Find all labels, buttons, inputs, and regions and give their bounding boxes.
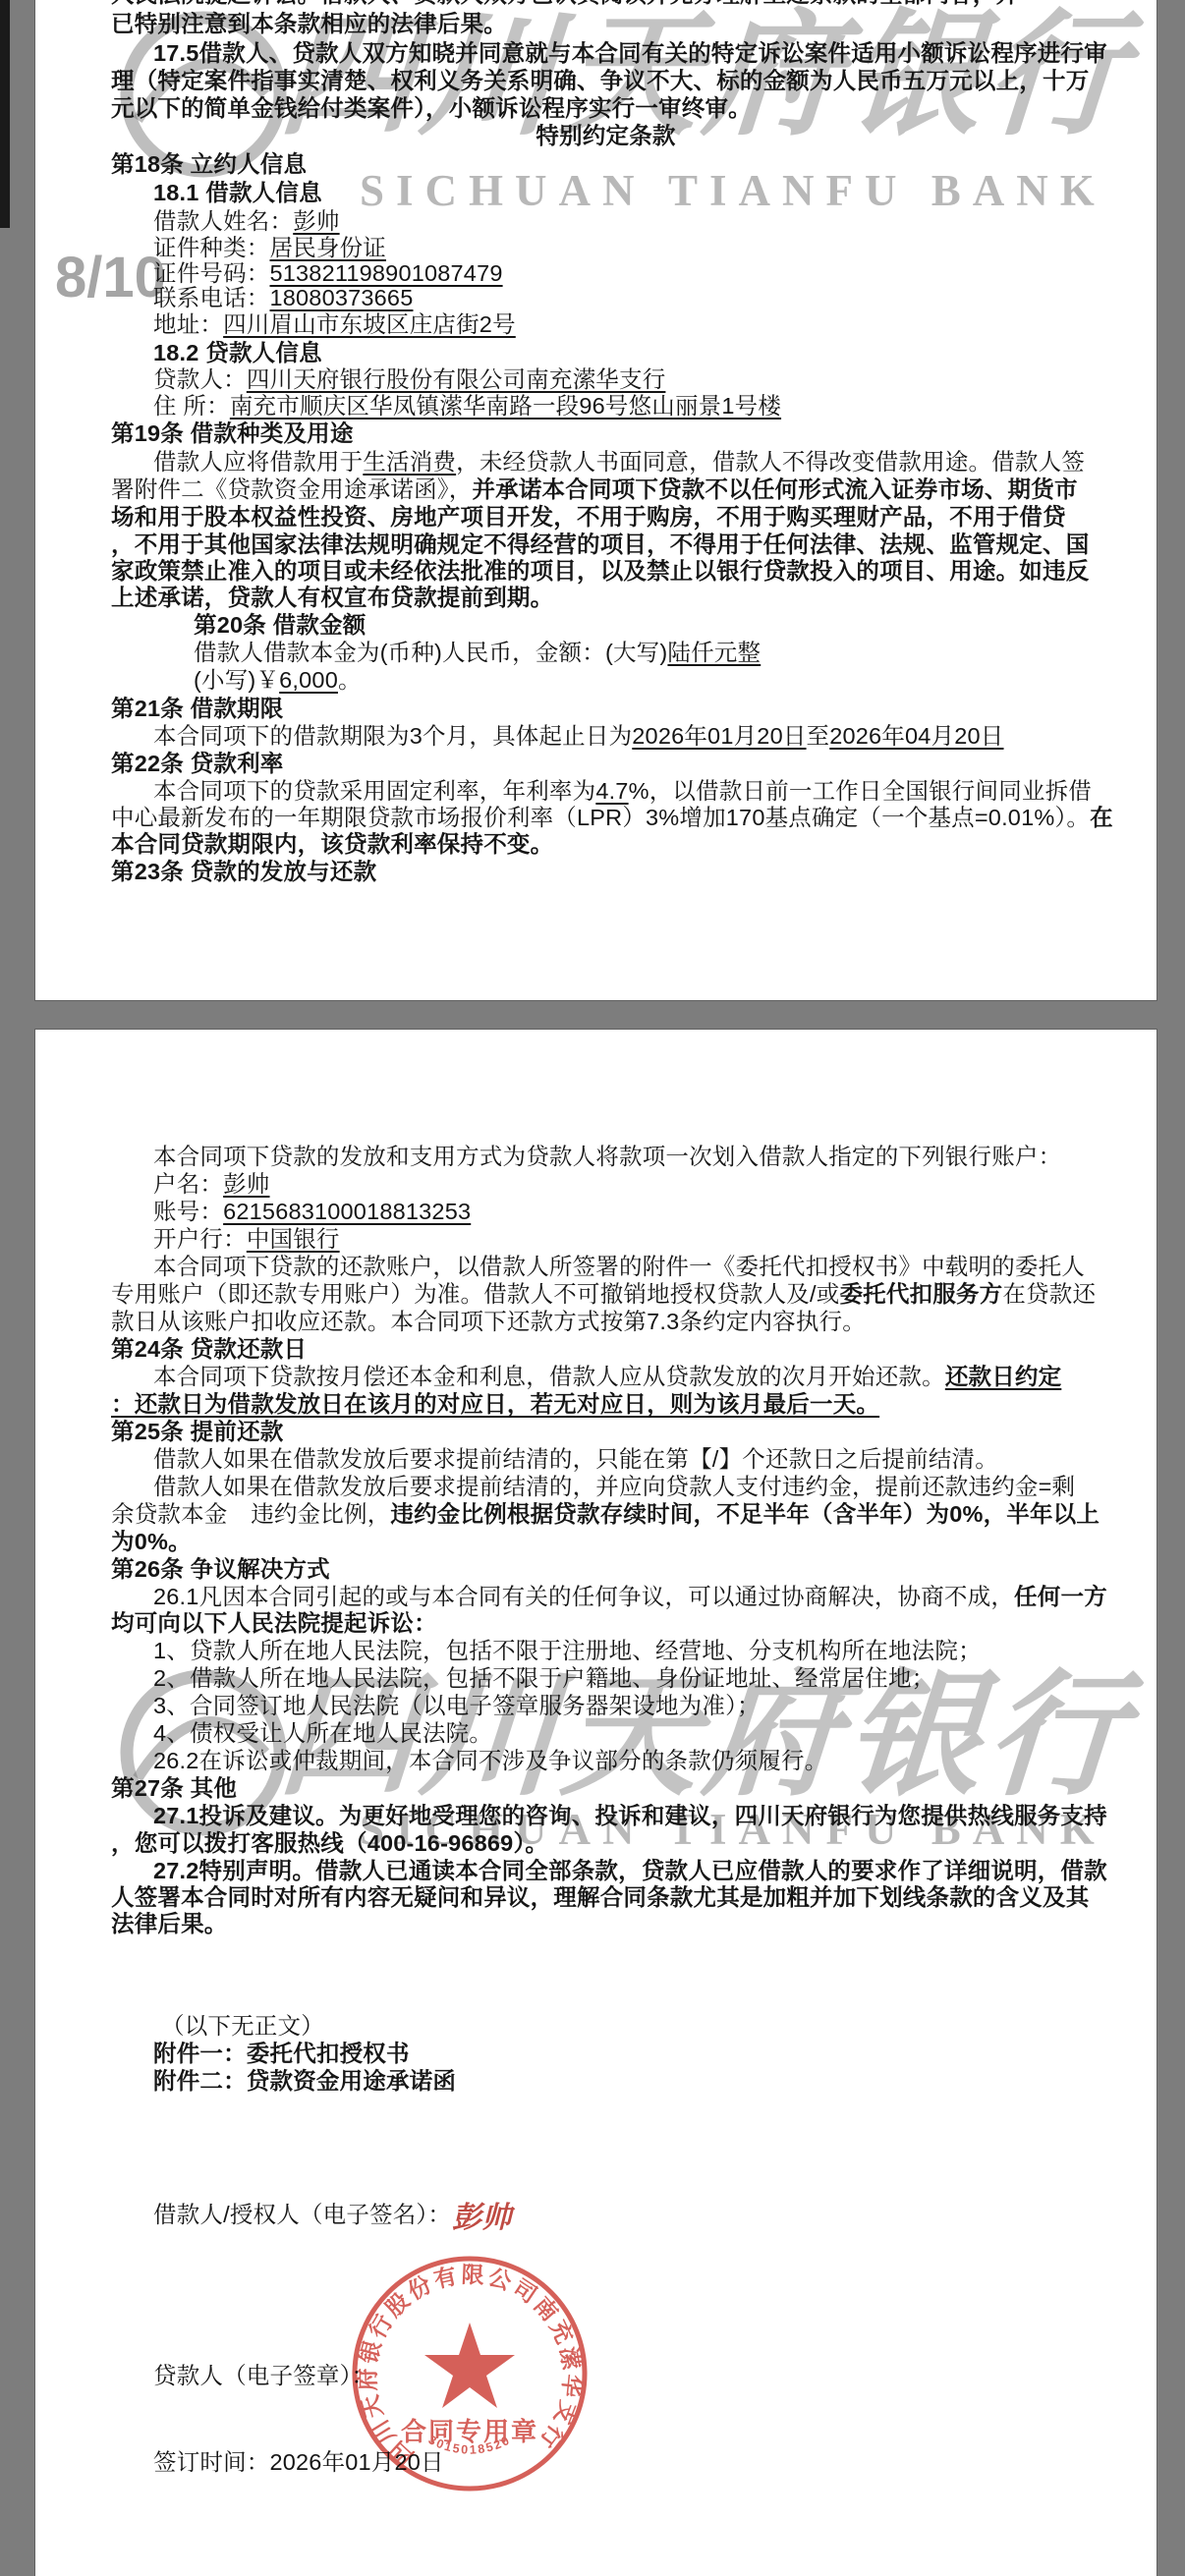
corner-bar — [0, 0, 10, 228]
text-line: 余贷款本金 违约金比例，违约金比例根据贷款存续时间，不足半年（含半年）为0%，半… — [111, 1500, 1100, 1528]
seal-star-icon — [424, 2323, 515, 2408]
clause-27-heading: 第27条 其他 — [111, 1774, 237, 1802]
borrower-sign-label: 借款人/授权人（电子签名）： — [153, 2201, 451, 2228]
account-holder-line: 户名：彭帅 — [153, 1170, 270, 1198]
text-line: 26.1凡因本合同引起的或与本合同有关的任何争议，可以通过协商解决，协商不成，任… — [153, 1583, 1107, 1610]
clause-25-heading: 第25条 提前还款 — [111, 1418, 283, 1445]
text-line: 已特别注意到本条款相应的法律后果。 — [111, 10, 507, 37]
phone-line: 联系电话：18080373665 — [153, 284, 413, 311]
text-line: 本合同项下贷款按月偿还本金和利息，借款人应从贷款发放的次月开始还款。还款日约定 — [153, 1363, 1061, 1390]
text-line: 上述承诺，贷款人有权宣布贷款提前到期。 — [111, 584, 553, 611]
text-line: 1、贷款人所在地人民法院，包括不限于注册地、经营地、分支机构所在地法院； — [153, 1637, 982, 1664]
text-line: 18.1 借款人信息 — [153, 179, 322, 206]
clause-23-heading: 第23条 贷款的发放与还款 — [111, 858, 376, 885]
text-line: ：还款日为借款发放日在该月的对应日，若无对应日，则为该月最后一天。 — [111, 1390, 879, 1418]
text-line: 署附件二《贷款资金用途承诺函》，并承诺本合同项下贷款不以任何形式流入证券市场、期… — [111, 476, 1078, 503]
amount-figures-line: (小写)￥6,000。 — [194, 666, 362, 694]
text-line: ，不用于其他国家法律法规明确规定不得经营的项目，不得用于任何法律、法规、监管规定… — [111, 531, 1089, 558]
text-line: 理（特定案件指事实清楚、权利义务关系明确、争议不大、标的金额为人民币五万元以上，… — [111, 67, 1089, 94]
loan-term-line: 本合同项下的借款期限为3个月，具体起止日为2026年01月20日至2026年04… — [153, 722, 1004, 750]
text-line: 借款人应将借款用于生活消费，未经贷款人书面同意，借款人不得改变借款用途。借款人签 — [153, 448, 1085, 476]
id-number-line: 证件号码：513821198901087479 — [153, 259, 503, 287]
text-line: 法律后果。 — [111, 1910, 228, 1937]
text-line: 借款人如果在借款发放后要求提前结清的，并应向贷款人支付违约金，提前还款违约金=剩 — [153, 1473, 1075, 1500]
text-line: 2、借款人所在地人民法院，包括不限于户籍地、身份证地址、经常居住地； — [153, 1664, 934, 1692]
official-seal: 四川天府银行股份有限公司南充潆华支行 合同专用章 3015018520 — [346, 2252, 593, 2497]
text-line: 18.2 贷款人信息 — [153, 339, 322, 366]
seal-label-text: 合同专用章 — [401, 2417, 538, 2446]
text-line: 场和用于股本权益性投资、房地产项目开发，不用于购房，不用于购买理财产品，不用于借… — [111, 503, 1066, 531]
text-line: 本合同项下贷款的发放和支用方式为贷款人将款项一次划入借款人指定的下列银行账户： — [153, 1143, 1061, 1170]
hotline-line: ，您可以拨打客服热线（400-16-96869）。 — [111, 1829, 548, 1857]
text-line: 本合同贷款期限内，该贷款利率保持不变。 — [111, 830, 553, 858]
clause-21-heading: 第21条 借款期限 — [111, 695, 283, 722]
id-type-line: 证件种类：居民身份证 — [153, 234, 386, 261]
borrower-esignature: 彭帅 — [452, 2205, 511, 2232]
address-line: 地址：四川眉山市东坡区庄店街2号 — [153, 310, 516, 338]
text-line: 27.2特别声明。借款人已通读本合同全部条款，贷款人已应借款人的要求作了详细说明… — [153, 1857, 1107, 1884]
clause-22-heading: 第22条 贷款利率 — [111, 750, 283, 777]
text-line: 均可向以下人民法院提起诉讼： — [111, 1609, 437, 1637]
clause-26-heading: 第26条 争议解决方式 — [111, 1555, 330, 1583]
text-line: 专用账户（即还款专用账户）为准。借款人不可撤销地授权贷款人及/或委托代扣服务方在… — [111, 1280, 1096, 1308]
text-line: 为0%。 — [111, 1528, 192, 1555]
text-line: 本合同项下贷款的还款账户，以借款人所签署的附件一《委托代扣授权书》中载明的委托人 — [153, 1253, 1085, 1280]
text-line: 4、债权受让人所在地人民法院。 — [153, 1719, 492, 1747]
borrower-name-line: 借款人姓名：彭帅 — [153, 207, 340, 235]
text-line: 款日从该账户扣收应还款。本合同项下还款方式按第7.3条约定内容执行。 — [111, 1308, 866, 1335]
text-line: 借款人如果在借款发放后要求提前结清的，只能在第【/】个还款日之后提前结清。 — [153, 1445, 998, 1473]
attachment-1-line: 附件一：委托代扣授权书 — [153, 2040, 410, 2067]
text-line: （以下无正文） — [161, 2012, 324, 2040]
lender-address-line: 住 所：南充市顺庆区华凤镇潆华南路一段96号悠山丽景1号楼 — [153, 392, 781, 420]
text-line: 26.2在诉讼或仲裁期间，本合同不涉及争议部分的条款仍须履行。 — [153, 1747, 827, 1774]
attachment-2-line: 附件二：贷款资金用途承诺函 — [153, 2067, 456, 2095]
lender-name-line: 贷款人：四川天府银行股份有限公司南充潆华支行 — [153, 365, 665, 393]
text-line: 元以下的简单金钱给付类案件），小额诉讼程序实行一审终审。 — [111, 94, 752, 122]
account-bank-line: 开户行：中国银行 — [153, 1225, 340, 1253]
text-line: 27.1投诉及建议。为更好地受理您的咨询、投诉和建议，四川天府银行为您提供热线服… — [153, 1802, 1107, 1829]
interest-rate-line: 本合同项下的贷款采用固定利率，年利率为4.7%，以借款日前一工作日全国银行间同业… — [153, 777, 1092, 805]
clause-20-heading: 第20条 借款金额 — [194, 611, 366, 639]
clause-24-heading: 第24条 贷款还款日 — [111, 1335, 307, 1363]
text-line: 3、合同签订地人民法院（以电子签章服务器架设地为准）； — [153, 1692, 761, 1719]
clipped-top-line: 人民法院提起诉讼。借款人、贷款人双方已认真阅读并充分理解上述条款的全部内容，并 — [111, 0, 1019, 8]
text-line: 中心最新发布的一年期限贷款市场报价利率（LPR）3%增加170基点确定（一个基点… — [111, 804, 1113, 831]
text-line: 17.5借款人、贷款人双方知晓并同意就与本合同有关的特定诉讼案件适用小额诉讼程序… — [153, 39, 1107, 67]
clause-19-heading: 第19条 借款种类及用途 — [111, 420, 354, 447]
section-title: 特别约定条款 — [111, 122, 1100, 149]
clause-18-heading: 第18条 立约人信息 — [111, 150, 307, 178]
text-line: 人签署本合同时对所有内容无疑问和异议，理解合同条款尤其是加粗并加下划线条款的含义… — [111, 1883, 1089, 1911]
amount-words-line: 借款人借款本金为(币种)人民币，金额：(大写)陆仟元整 — [194, 639, 761, 666]
text-line: 家政策禁止准入的项目或未经依法批准的项目，以及禁止以银行贷款投入的项目、用途。如… — [111, 557, 1089, 585]
lender-sign-label: 贷款人（电子签章）： — [153, 2362, 374, 2389]
account-number-line: 账号：6215683100018813253 — [153, 1198, 471, 1225]
contract-text-layer: 人民法院提起诉讼。借款人、贷款人双方已认真阅读并充分理解上述条款的全部内容，并已… — [0, 0, 1185, 2576]
